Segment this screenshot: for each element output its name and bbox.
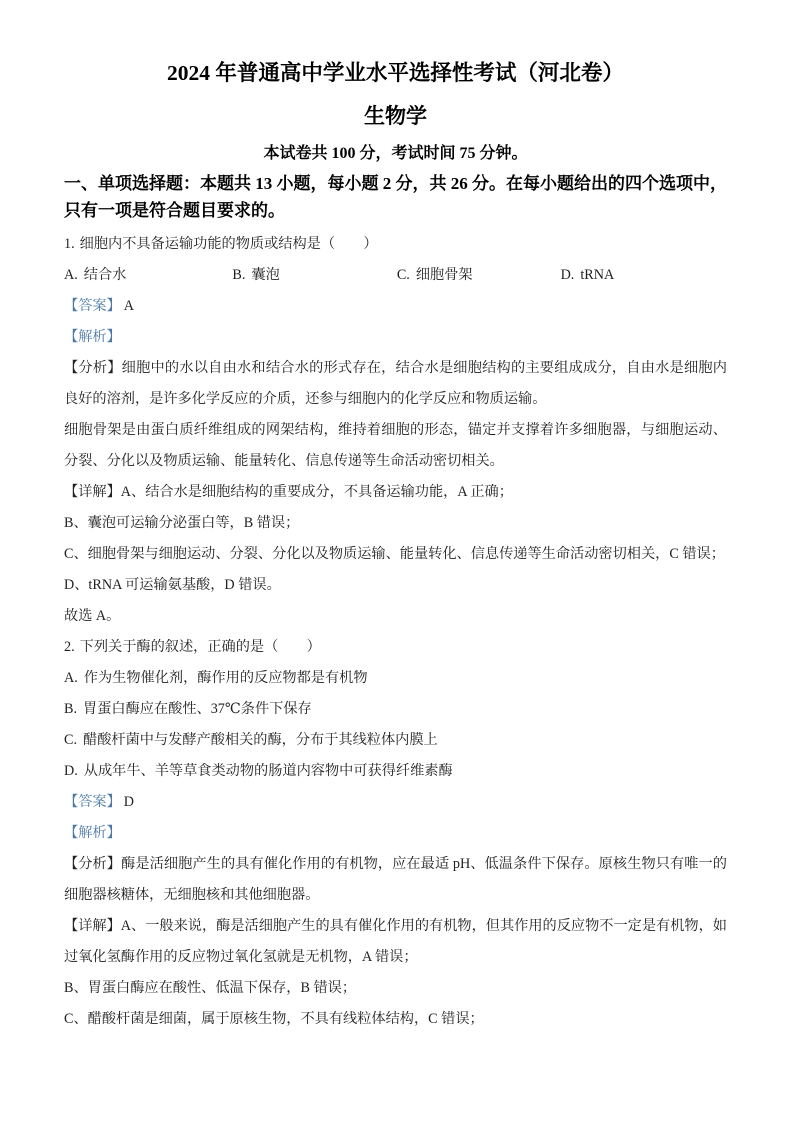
detail-text: A、一般来说，酶是活细胞产生的具有催化作用的有机物，但其作用的反应物不一定是有机… xyxy=(64,918,727,965)
explain-label: 【解析】 xyxy=(64,818,727,849)
page-title: 2024 年普通高中学业水平选择性考试（河北卷） xyxy=(64,58,727,88)
option-text: 胃蛋白酶应在酸性、37℃条件下保存 xyxy=(83,701,312,717)
stem-text: 下列关于酶的叙述，正确的是（ ） xyxy=(80,639,321,655)
option-key: C. xyxy=(397,267,410,283)
option-c: C.醋酸杆菌中与发酵产酸相关的酶，分布于其线粒体内膜上 xyxy=(64,725,727,756)
option-key: D. xyxy=(64,763,78,779)
answer-label: 【答案】 xyxy=(64,794,121,810)
detail-paragraph: 【详解】A、一般来说，酶是活细胞产生的具有催化作用的有机物，但其作用的反应物不一… xyxy=(64,911,727,973)
option-d: D.从成年牛、羊等草食类动物的肠道内容物中可获得纤维素酶 xyxy=(64,756,727,787)
detail-paragraph: D、tRNA 可运输氨基酸，D 错误。 xyxy=(64,570,727,601)
stem-text: 细胞内不具备运输功能的物质或结构是（ ） xyxy=(80,236,378,252)
option-key: D. xyxy=(561,267,575,283)
analysis-label: 【分析】 xyxy=(64,360,122,376)
option-key: A. xyxy=(64,670,78,686)
option-a: A.作为生物催化剂，酶作用的反应物都是有机物 xyxy=(64,663,727,694)
question-stem: 2.下列关于酶的叙述，正确的是（ ） xyxy=(64,632,727,663)
detail-paragraph: B、胃蛋白酶应在酸性、低温下保存，B 错误； xyxy=(64,973,727,1004)
option-text: 细胞骨架 xyxy=(416,267,473,283)
option-key: C. xyxy=(64,732,77,748)
exam-info: 本试卷共 100 分，考试时间 75 分钟。 xyxy=(64,142,727,166)
option-c: C.细胞骨架 xyxy=(397,260,561,291)
document-page: 2024 年普通高中学业水平选择性考试（河北卷） 生物学 本试卷共 100 分，… xyxy=(0,0,793,1035)
option-key: B. xyxy=(64,701,77,717)
detail-paragraph: B、囊泡可运输分泌蛋白等，B 错误； xyxy=(64,508,727,539)
answer-label: 【答案】 xyxy=(64,298,121,314)
answer-line: 【答案】D xyxy=(64,787,727,818)
option-d: D.tRNA xyxy=(561,260,727,291)
question-block-1: 1.细胞内不具备运输功能的物质或结构是（ ） A.结合水 B.囊泡 C.细胞骨架… xyxy=(64,229,727,632)
detail-paragraph: C、醋酸杆菌是细菌，属于原核生物，不具有线粒体结构，C 错误； xyxy=(64,1004,727,1035)
analysis-paragraph: 【分析】细胞中的水以自由水和结合水的形式存在，结合水是细胞结构的主要组成成分，自… xyxy=(64,353,727,415)
question-number: 1. xyxy=(64,236,75,252)
subject-title: 生物学 xyxy=(64,102,727,130)
answer-value: D xyxy=(124,794,134,810)
analysis-paragraph: 细胞骨架是由蛋白质纤维组成的网架结构，维持着细胞的形态，锚定并支撑着许多细胞器，… xyxy=(64,415,727,477)
answer-line: 【答案】A xyxy=(64,291,727,322)
option-text: 囊泡 xyxy=(251,267,279,283)
option-a: A.结合水 xyxy=(64,260,232,291)
detail-text: A、结合水是细胞结构的重要成分，不具备运输功能，A 正确； xyxy=(121,484,513,500)
detail-label: 【详解】 xyxy=(64,918,121,934)
analysis-text: 细胞中的水以自由水和结合水的形式存在，结合水是细胞结构的主要组成成分，自由水是细… xyxy=(64,360,727,407)
option-key: B. xyxy=(232,267,245,283)
detail-paragraph: C、细胞骨架与细胞运动、分裂、分化以及物质运输、能量转化、信息传递等生命活动密切… xyxy=(64,539,727,570)
option-key: A. xyxy=(64,267,78,283)
question-number: 2. xyxy=(64,639,75,655)
section-header: 一、单项选择题：本题共 13 小题，每小题 2 分，共 26 分。在每小题给出的… xyxy=(64,171,727,224)
question-block-2: 2.下列关于酶的叙述，正确的是（ ） A.作为生物催化剂，酶作用的反应物都是有机… xyxy=(64,632,727,1035)
answer-value: A xyxy=(124,298,134,314)
detail-label: 【详解】 xyxy=(64,484,121,500)
analysis-label: 【分析】 xyxy=(64,856,121,872)
explain-label: 【解析】 xyxy=(64,322,727,353)
option-b: B.胃蛋白酶应在酸性、37℃条件下保存 xyxy=(64,694,727,725)
option-text: 结合水 xyxy=(84,267,127,283)
detail-conclusion: 故选 A。 xyxy=(64,601,727,632)
detail-paragraph: 【详解】A、结合水是细胞结构的重要成分，不具备运输功能，A 正确； xyxy=(64,477,727,508)
question-stem: 1.细胞内不具备运输功能的物质或结构是（ ） xyxy=(64,229,727,260)
option-text: 作为生物催化剂，酶作用的反应物都是有机物 xyxy=(84,670,368,686)
option-text: tRNA xyxy=(580,267,614,283)
option-text: 从成年牛、羊等草食类动物的肠道内容物中可获得纤维素酶 xyxy=(84,763,453,779)
analysis-paragraph: 【分析】酶是活细胞产生的具有催化作用的有机物，应在最适 pH、低温条件下保存。原… xyxy=(64,849,727,911)
option-b: B.囊泡 xyxy=(232,260,396,291)
options-row: A.结合水 B.囊泡 C.细胞骨架 D.tRNA xyxy=(64,260,727,291)
option-text: 醋酸杆菌中与发酵产酸相关的酶，分布于其线粒体内膜上 xyxy=(83,732,438,748)
analysis-text: 酶是活细胞产生的具有催化作用的有机物，应在最适 pH、低温条件下保存。原核生物只… xyxy=(64,856,727,903)
